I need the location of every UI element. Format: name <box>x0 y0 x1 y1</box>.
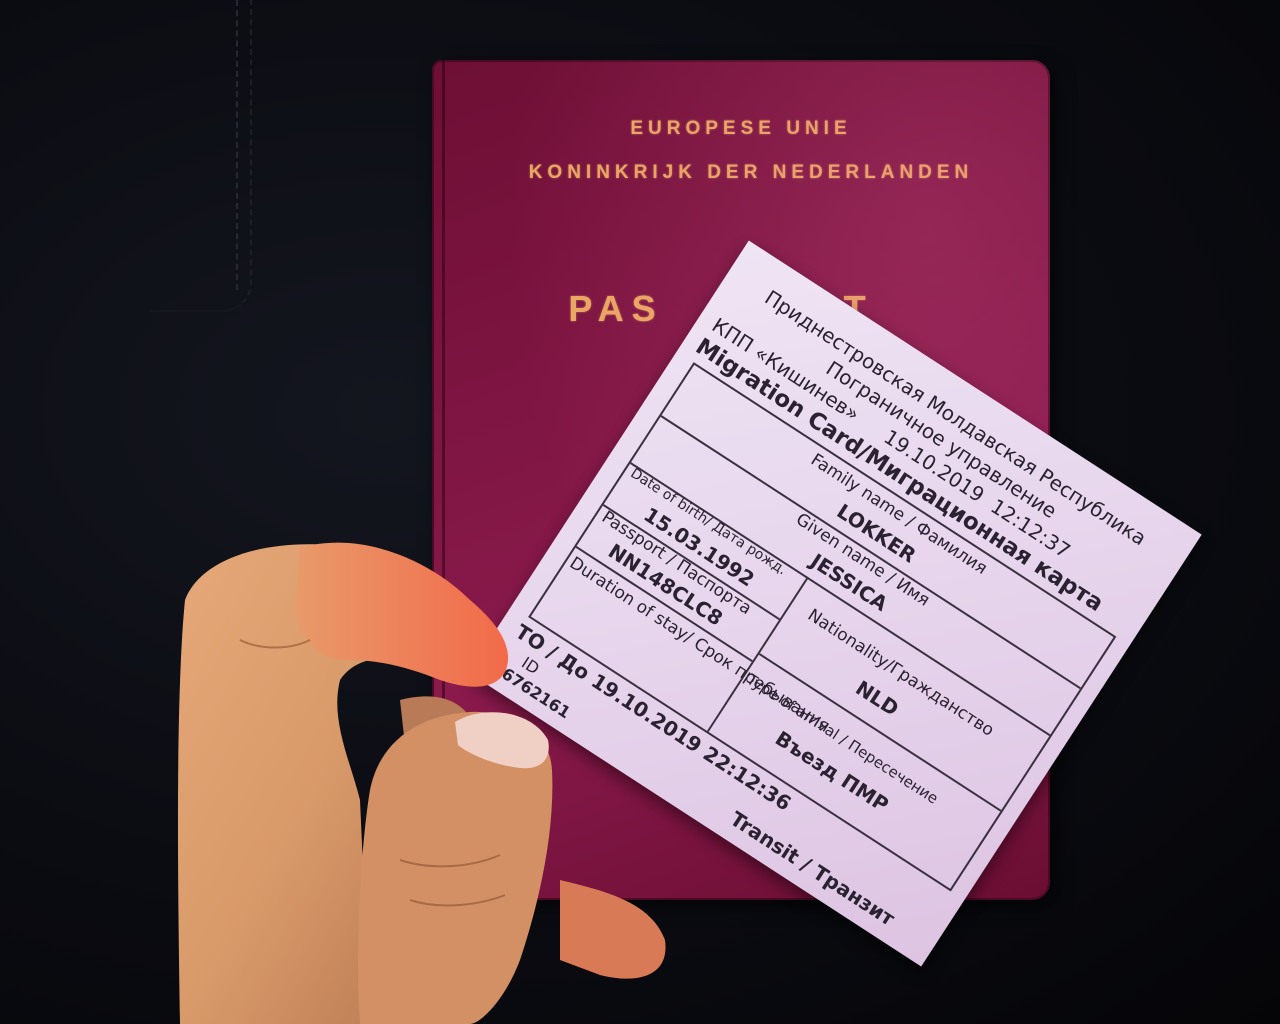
value-nationality: NLD <box>851 676 903 721</box>
passport-spine <box>442 60 445 900</box>
fabric-stitching <box>236 0 240 290</box>
passport-union-text: EUROPESE UNIE <box>432 118 1050 140</box>
passport-kingdom-text: KONINKRIJK DER NEDERLANDEN <box>432 162 1050 184</box>
